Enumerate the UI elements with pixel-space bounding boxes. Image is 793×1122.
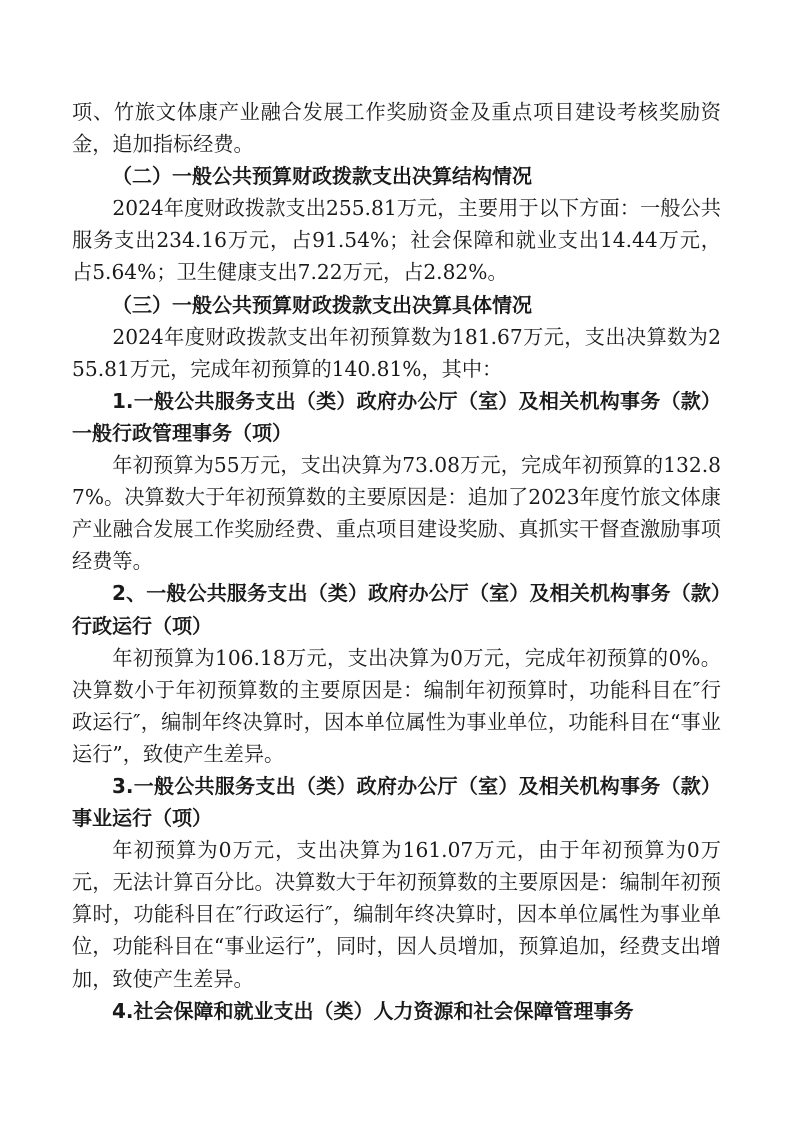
section-body-details: 2024年度财政拨款支出年初预算数为181.67万元，支出决算数为255.81万… [72, 321, 721, 385]
item-heading-4: 4.社会保障和就业支出（类）人力资源和社会保障管理事务 [72, 995, 721, 1027]
item-body-1: 年初预算为55万元，支出决算为73.08万元，完成年初预算的132.87%。决算… [72, 449, 721, 577]
section-heading-structure: （二）一般公共预算财政拨款支出决算结构情况 [72, 160, 721, 192]
section-heading-details: （三）一般公共预算财政拨款支出决算具体情况 [72, 289, 721, 321]
item-heading-1: 1.一般公共服务支出（类）政府办公厅（室）及相关机构事务（款）一般行政管理事务（… [72, 385, 721, 449]
item-body-3: 年初预算为0万元，支出决算为161.07万元，由于年初预算为0万元，无法计算百分… [72, 834, 721, 994]
item-heading-2: 2、一般公共服务支出（类）政府办公厅（室）及相关机构事务（款）行政运行（项） [72, 577, 721, 641]
item-heading-3: 3.一般公共服务支出（类）政府办公厅（室）及相关机构事务（款）事业运行（项） [72, 770, 721, 834]
continuation-paragraph: 项、竹旅文体康产业融合发展工作奖励资金及重点项目建设考核奖励资金，追加指标经费。 [72, 96, 721, 160]
document-page: 项、竹旅文体康产业融合发展工作奖励资金及重点项目建设考核奖励资金，追加指标经费。… [72, 96, 721, 1027]
section-body-structure: 2024年度财政拨款支出255.81万元，主要用于以下方面：一般公共服务支出23… [72, 192, 721, 288]
item-body-2: 年初预算为106.18万元，支出决算为0万元，完成年初预算的0%。决算数小于年初… [72, 642, 721, 770]
